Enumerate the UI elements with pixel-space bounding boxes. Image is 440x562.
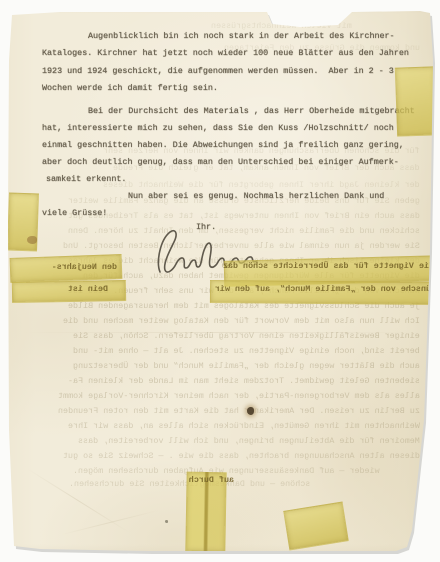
- typed-line: Augenblicklich bin ich noch stark in der…: [88, 31, 395, 42]
- bleedthrough-line: für die schönen Überraschungen danken wi…: [103, 146, 420, 156]
- bleedthrough-line: schicken und die Familie nicht vergessen…: [68, 226, 420, 236]
- bleedthrough-line: bereit sind, noch einige Vignetten zu st…: [73, 346, 420, 356]
- tape-strip: [185, 472, 226, 553]
- typed-line: aber doch deutlich genug, dass man den U…: [42, 157, 399, 168]
- bleedthrough-line: Ich will nun also mit dem Vorwort für de…: [63, 316, 420, 326]
- bleedthrough-line: Sie werden ja nun einmal wie alle unverb…: [63, 241, 420, 251]
- bleedthrough-line: diesen alten Anschauungen brachten, dass…: [63, 451, 420, 461]
- bleedthrough-line: wieder — auf Dankesäusserungen wie Aufga…: [73, 466, 380, 476]
- bleedthrough-line: schöne — und Dankesmöglichkeiten Sie dur…: [69, 479, 310, 489]
- tape-strip: [10, 254, 123, 283]
- bleedthrough-line: wünsche von der „Familie Munch“, auf den…: [68, 286, 420, 296]
- letter-page: mit vielen Weihnachtsgrüssenund kommen d…: [0, 0, 440, 562]
- typed-text-layer: Augenblicklich bin ich noch stark in der…: [0, 0, 440, 562]
- tape-bleedthrough-text: Dein ist: [38, 284, 108, 294]
- typed-line: viele Grüsse!: [42, 208, 107, 219]
- bleedthrough-line: und kommen die Grüsse zu den Feiertagen: [224, 43, 420, 53]
- tape-bleedthrough-text: den Neujahrs-: [25, 262, 117, 272]
- bleedthrough-line: der kleine Tisch ihrer Ihnen geborgten f…: [68, 256, 420, 266]
- typed-line: Wochen werde ich damit fertig sein.: [42, 83, 218, 94]
- typed-line: 1923 und 1924 geschickt, die aufgenommen…: [42, 66, 394, 77]
- tape-strip: [7, 192, 39, 251]
- bleedthrough-line: siebenten Geleit gewidmet. Trotzdem sieh…: [68, 376, 420, 386]
- typed-line: Ihr.: [196, 222, 216, 233]
- tape-strip: [395, 66, 437, 136]
- tape-bleedthrough-text: auf Durch: [184, 475, 234, 485]
- bleedthrough-line: auch die Blätter wegen gleich der „Famil…: [73, 361, 420, 371]
- typed-line: einmal geschnitten haben. Die Abweichung…: [42, 140, 404, 151]
- typed-line: hat, interessierte mich zu sehen, dass S…: [42, 123, 394, 134]
- tape-strip: [224, 255, 440, 287]
- tape-strip: [12, 280, 126, 303]
- bleedthrough-line: zu Berlin zu reisen. Der Amerikaner hat …: [58, 406, 420, 416]
- fold-crease: [27, 468, 129, 532]
- handwritten-signature: [150, 226, 262, 278]
- ink-speck: [247, 407, 254, 415]
- bleedthrough-line: der kleinen Jagd ihrer Ihnen geborgten f…: [103, 180, 420, 190]
- bleedthrough-line: dass auch der Brief von Ihnen ankam, tat…: [113, 163, 420, 173]
- bleedthrough-line: Weihnachten mit ihren Gemüten, Eindrücke…: [68, 421, 420, 431]
- ink-speck: [165, 520, 168, 523]
- bleedthrough-line: die Vignette für alle Würdigungen gewidm…: [83, 271, 420, 281]
- bleedthrough-line: alles als dem Verborgenen-Partie, der na…: [58, 391, 420, 401]
- bleedthrough-line: einiger Beweisfälligkeiten einen Vortrag…: [73, 331, 420, 341]
- typed-line: samkeit erkennt.: [46, 174, 126, 185]
- tape-strip: [210, 280, 440, 305]
- tape-strip: [283, 502, 349, 551]
- verso-bleedthrough-layer: mit vielen Weihnachtsgrüssenund kommen d…: [0, 0, 440, 562]
- fold-crease: [20, 332, 420, 333]
- fold-crease: [61, 510, 158, 535]
- bleedthrough-line: geben Sie für uns beide herzlichste Grüs…: [68, 196, 420, 206]
- tape-bleedthrough-text: wünsche von der „Familie Munch“, auf den…: [212, 284, 436, 294]
- bleedthrough-line: dass auch ein Brief von Ihnen unterwegs …: [68, 211, 420, 221]
- bleedthrough-line: mit vielen Weihnachtsgrüssen: [211, 21, 352, 31]
- typed-line: Bei der Durchsicht des Materials , das H…: [88, 106, 415, 117]
- scanned-letter-photo: mit vielen Weihnachtsgrüssenund kommen d…: [0, 0, 440, 562]
- bleedthrough-line: je auch die Schlussvignette des Kataloge…: [68, 301, 420, 311]
- typed-line: Kataloges. Kirchner hat jetzt noch wiede…: [42, 48, 409, 59]
- ink-speck: [27, 236, 37, 244]
- typed-line: Nun aber sei es genug. Nochmals herzlich…: [128, 191, 384, 202]
- bleedthrough-line: Memoiren für die Abteilungen bringen, un…: [78, 436, 420, 446]
- tape-bleedthrough-text: die Vignette für das Überreichte schön d…: [222, 261, 434, 271]
